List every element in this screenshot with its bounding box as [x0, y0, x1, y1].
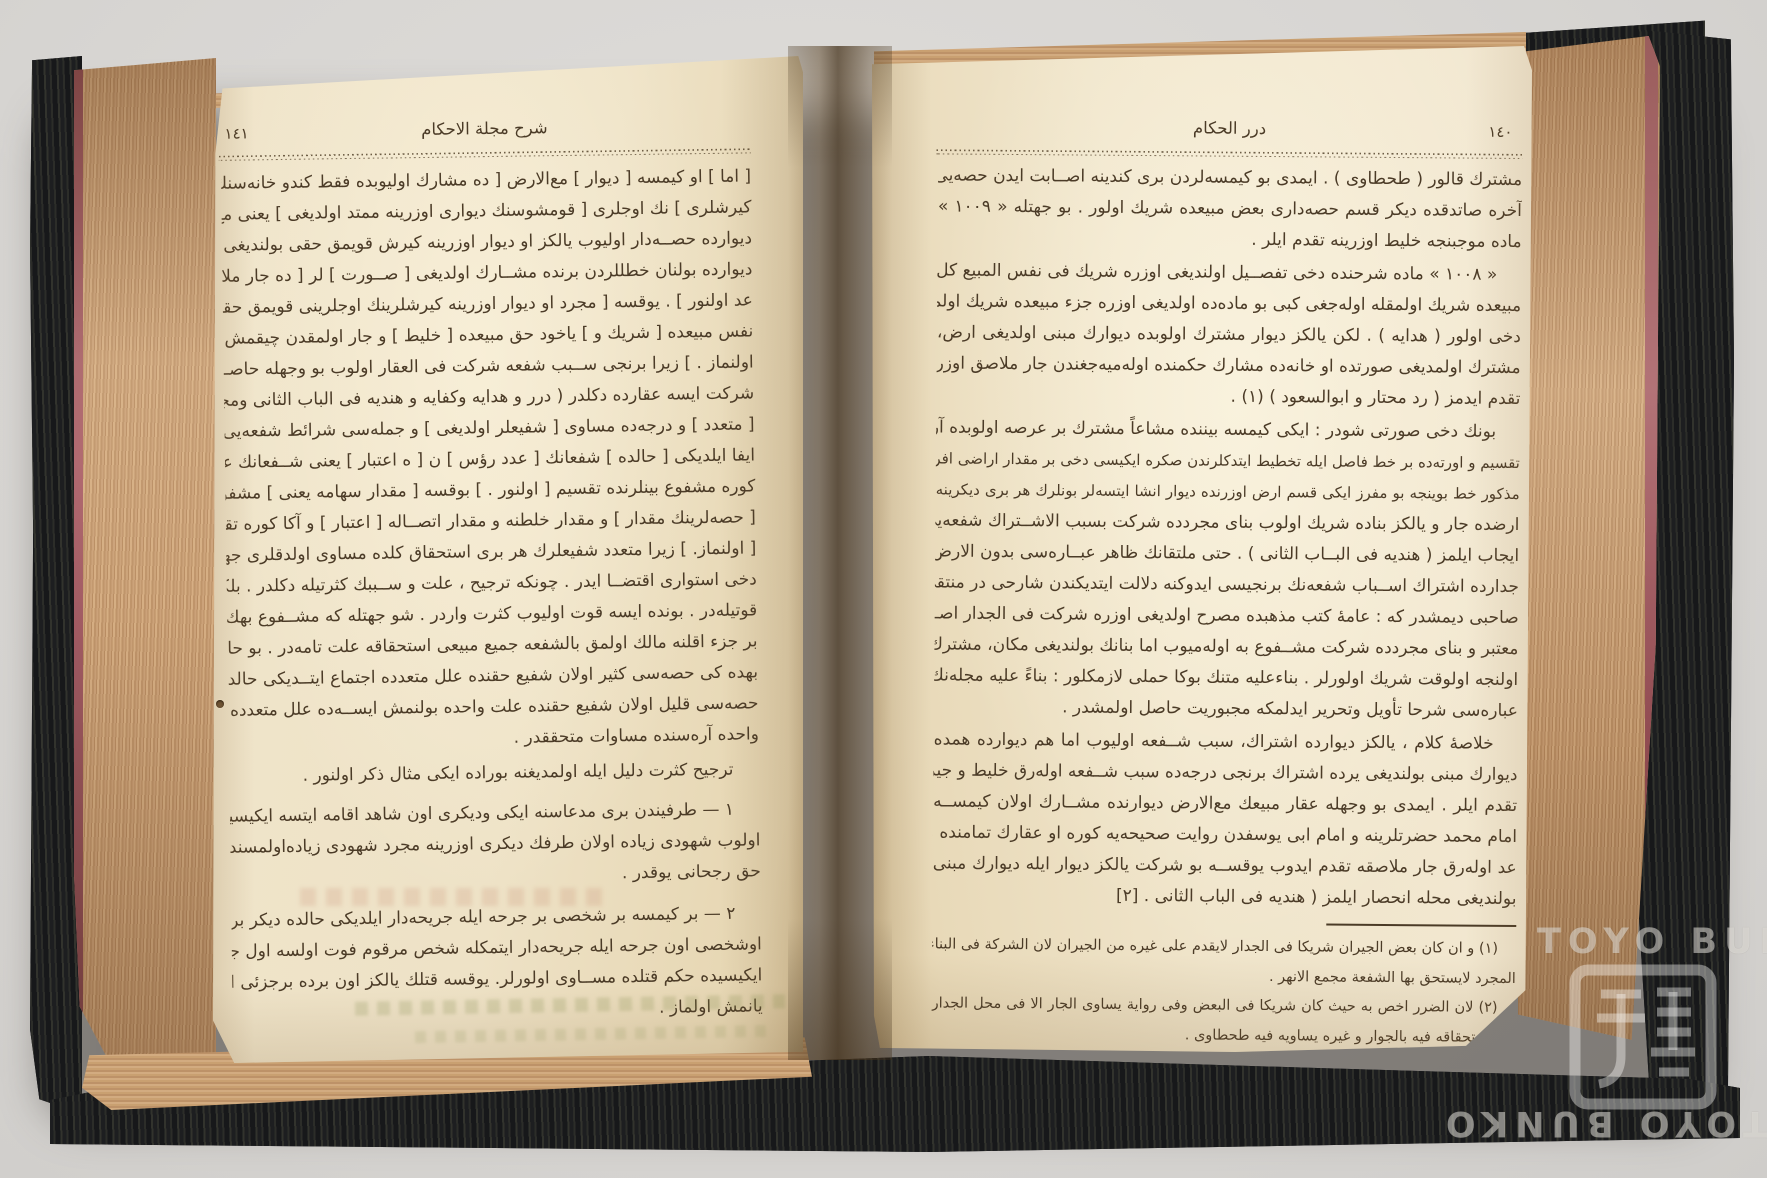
- left-text-line: ديوارده بولنان خطللردن برنده مشــارك اول…: [222, 254, 752, 292]
- right-text-line: آخره صاتدقده ديكر قسم حصه‌دارى بعض مبيعد…: [938, 191, 1522, 227]
- right-page-content: ١٤٠ درر الحكام مشترك قالور ( طحطاوى ) . …: [867, 42, 1535, 1059]
- footnote-block: (١) و ان كان بعض الجيران شريكا فى الجدار…: [931, 920, 1516, 1053]
- left-text-line: شركت ايسه عقارده دكلدر ( درر و هدايه وكف…: [224, 378, 754, 416]
- left-text-line: عد اولنور ] . يوقسه [ مجرد او ديوار اوزر…: [223, 285, 753, 323]
- right-header-rule: [936, 149, 1522, 159]
- right-text-line: مذكور خط بوينجه بو مفرز ايكى قسم ارض اوز…: [936, 474, 1520, 510]
- left-text-line: ايكيسيده حكم قتلده مســاوى اولورلر. يوقس…: [232, 960, 762, 998]
- left-text-line: [ اما ] او كيمسه [ ديوار ] مع‌الارض [ ده…: [221, 161, 751, 199]
- left-text-line: ١ — طرفيندن برى مدعاسنه ايكى وديكرى اون …: [230, 794, 760, 832]
- left-text-line: بر جزء اقلنه مالك اولمق بالشفعه جميع مبي…: [227, 626, 757, 664]
- left-page-number: ١٤١: [224, 124, 248, 142]
- right-text-line: دخى اولور ( هدايه ) . لكن يالكز ديوار مش…: [937, 317, 1521, 353]
- footnotes: (١) و ان كان بعض الجيران شريكا فى الجدار…: [931, 930, 1516, 1053]
- right-running-head: ١٤٠ درر الحكام: [936, 116, 1522, 151]
- right-body-text: مشترك قالور ( طحطاوى ) . ايمدى بو كيمسه‌…: [932, 160, 1522, 915]
- right-text-line: مشترك اولمديغى صورتده او خانه‌ده مشارك ح…: [937, 348, 1521, 384]
- left-text-line: حق رجحانى يوقدر .: [231, 856, 761, 894]
- right-text-line: ايجاب ايلمز ( هنديه فى البــاب الثانى ) …: [935, 536, 1519, 572]
- right-text-line: مشترك قالور ( طحطاوى ) . ايمدى بو كيمسه‌…: [938, 160, 1522, 196]
- right-text-line: خلاصهٔ كلام ، يالكز ديوارده اشتراك، سبب …: [934, 724, 1518, 760]
- open-book-photo: ١٤١ شرح مجلة الاحكام [ اما ] او كيمسه [ …: [0, 0, 1767, 1178]
- right-text-line: عد اوله‌رق جار ملاصقه تقدم ايدوب يوقســه…: [933, 848, 1517, 884]
- right-text-line: تقدم ايلر . ايمدى بو وجهله عقار مبيعك مع…: [933, 786, 1517, 822]
- left-text-line: دخى استوارى اقتضــا ايدر . چونكه ترجيح ،…: [227, 564, 757, 602]
- right-text-line: امام محمد حضرتلرينه و امام ابى يوسفدن رو…: [933, 817, 1517, 853]
- footnote-separator-rule: [1326, 924, 1516, 927]
- right-running-title: درر الحكام: [936, 116, 1522, 140]
- left-text-line: ترجيح كثرت دليل ايله اولمديغنه بوراده اي…: [229, 754, 759, 792]
- left-text-line: [ حصه‌لرينك مقدار ] و مقدار خلطنه و مقدا…: [226, 502, 756, 540]
- binding-hole: [216, 700, 224, 708]
- right-text-line: « ١٠٠٨ » ماده شرحنده دخى تفصــيل اولنديغ…: [937, 255, 1521, 291]
- right-text-line: عباره‌سى شرحا تأويل وتحرير ايدلمكه مجبور…: [934, 691, 1518, 727]
- right-text-line: بونك دخى صورتى شودر : ايكى كيمسه بيننده …: [936, 412, 1520, 448]
- left-text-line: [ اولنماز. ] زيرا متعدد شفيعلرك هر برى ا…: [226, 533, 756, 571]
- footnote-line: (٢) لان الضرر اخص به حيث كان شريكا فى ال…: [932, 989, 1516, 1023]
- right-fore-edge-stack: [1518, 36, 1660, 1050]
- dotted-rule: [936, 149, 1522, 159]
- right-text-line: ماده موجبنجه خليط اوزرينه تقدم ايلر .: [938, 222, 1522, 258]
- left-text-line: اوشخصى اون جرحه ايله جريحه‌دار ايتمكله ش…: [232, 929, 762, 967]
- left-header-rule: [219, 148, 751, 160]
- left-running-title: شرح مجلة الاحكام: [218, 115, 750, 141]
- right-text-line: تقدم ايدمز ( رد محتار و ابوالسعود ) (١) …: [936, 379, 1520, 415]
- left-page-content: ١٤١ شرح مجلة الاحكام [ اما ] او كيمسه [ …: [207, 49, 811, 1071]
- left-text-line: كوره مشفوع بينلرنده تقسيم [ اولنور . ] ب…: [225, 471, 755, 509]
- left-text-line: [ متعدد ] و درجه‌ده مساوى [ شفيعلر اولدي…: [224, 409, 754, 447]
- left-body-text: [ اما ] او كيمسه [ ديوار ] مع‌الارض [ ده…: [221, 161, 763, 1029]
- left-text-line: حصه‌سى قليل اولان شفيع حقنده علت واحده ب…: [228, 688, 758, 726]
- left-text-line: ايفا ايلديكى [ حالده ] شفعانك [ عدد رؤس …: [225, 440, 755, 478]
- left-text-line: ديوارده حصــه‌دار اوليوب يالكز او ديوار …: [222, 223, 752, 261]
- left-text-line: واحده آره‌سنده مساوات متحققدر .: [229, 719, 759, 757]
- right-page-number: ١٤٠: [1488, 123, 1512, 141]
- right-text-line: ديوارك مبنى بولنديغى يرده اشتراك برنجى د…: [933, 755, 1517, 791]
- right-text-line: صاحبى ديمشدر كه : عامهٔ كتب مذهبده مصرح …: [935, 598, 1519, 634]
- right-text-line: بولنديغى محله انحصار ايلمز ( هنديه فى ال…: [932, 879, 1516, 915]
- left-text-line: نفس مبيعده [ شريك و ] ياخود حق مبيعده [ …: [223, 316, 753, 354]
- right-text-line: مبيعده شريك اولمقله اوله‌جغى كبى بو ماده…: [937, 286, 1521, 322]
- right-text-line: جدارده اشتراك اســباب شفعه‌نك برنجيسى اي…: [935, 567, 1519, 603]
- footnote-line: (١) و ان كان بعض الجيران شريكا فى الجدار…: [932, 930, 1516, 964]
- left-text-line: يانمش اولماز .: [233, 991, 763, 1029]
- footnote-line: المجرد لايستحق بها الشفعة مجمع الانهر .: [932, 960, 1516, 994]
- left-running-head: ١٤١ شرح مجلة الاحكام: [218, 115, 750, 152]
- left-text-line: اولنماز . ] زيرا برنجى ســبب شفعه شركت ف…: [224, 347, 754, 385]
- right-text-line: ارضده جار و يالكز بناده شريك اولوب بناى …: [935, 505, 1519, 541]
- left-text-line: كيرشلرى ] نك اوجلرى [ قومشوسنك ديوارى او…: [221, 192, 751, 230]
- left-text-line: قوتيله‌در . بونده ايسه قوت اوليوب كثرت و…: [227, 595, 757, 633]
- left-text-line: اولوب شهودى زياده اولان طرفك ديكرى اوزري…: [230, 825, 760, 863]
- right-page: ١٤٠ درر الحكام مشترك قالور ( طحطاوى ) . …: [872, 44, 1532, 1056]
- right-text-line: معتبر و بناى مجردده شركت مشــفوع به اوله…: [934, 629, 1518, 665]
- left-page: ١٤١ شرح مجلة الاحكام [ اما ] او كيمسه [ …: [213, 52, 803, 1066]
- left-text-line: ٢ — بر كيمسه بر شخصى بر جرحه ايله جريحه‌…: [231, 898, 761, 936]
- right-text-line: تقسيم و اورته‌ده بر خط فاصل ايله تخطيط ا…: [936, 443, 1520, 479]
- left-fore-edge-stack: [74, 56, 216, 1078]
- left-text-line: بهده كى حصه‌سى كثير اولان شفيع حقنده علل…: [228, 657, 758, 695]
- dotted-rule: [219, 148, 751, 160]
- right-text-line: اولنجه اولوقت شريك اولورلر . بناءعليه مت…: [934, 660, 1518, 696]
